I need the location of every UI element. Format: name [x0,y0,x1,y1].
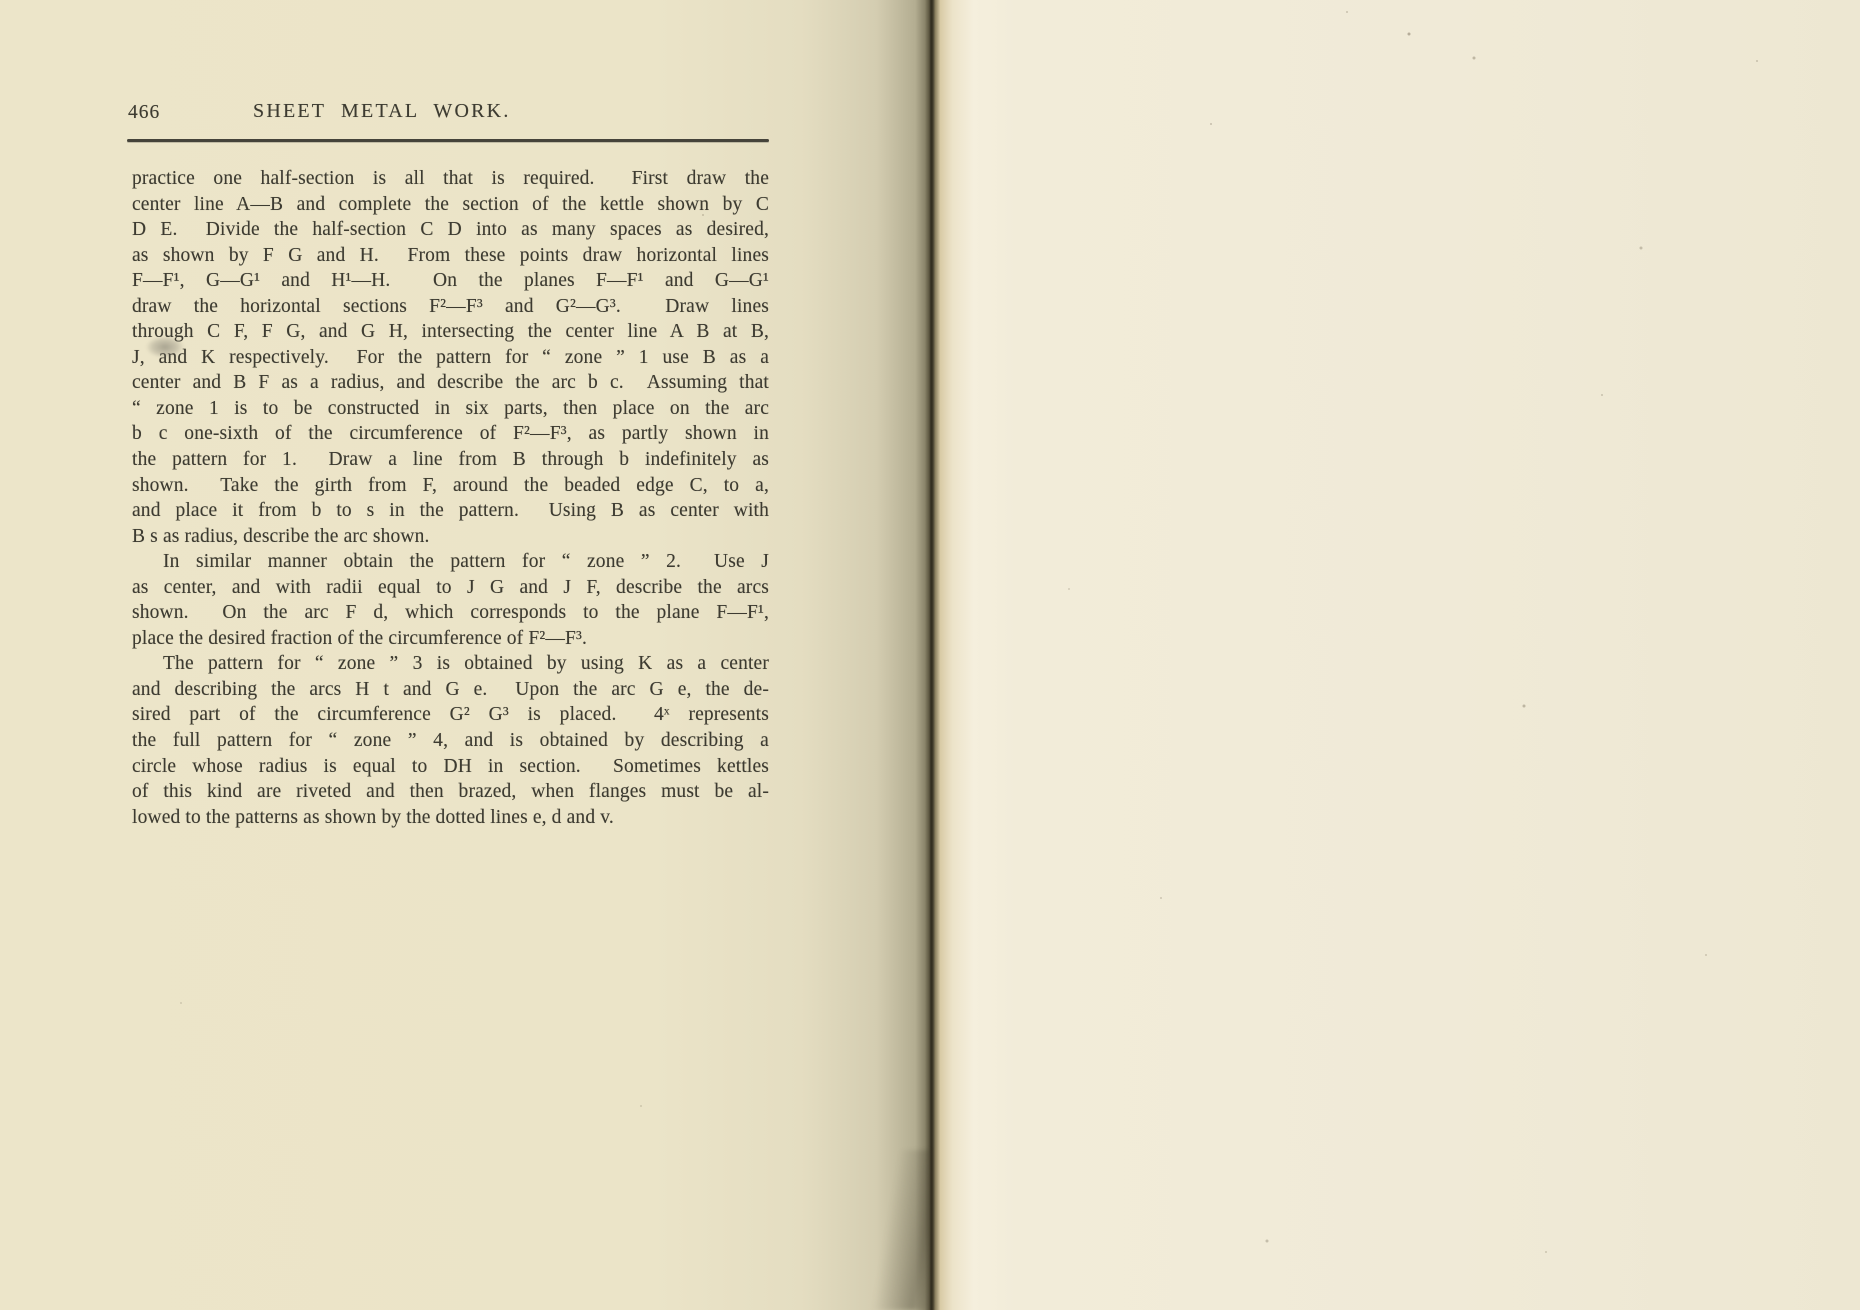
text-line: shown. Take the girth from F, around the… [132,473,769,499]
body-text: practice one half-section is all that is… [132,166,769,830]
text-line: shown. On the arc F d, which corresponds… [132,600,769,626]
text-line: through C F, F G, and G H, intersecting … [132,319,769,345]
running-title: SHEET METAL WORK. [253,100,511,123]
text-line: draw the horizontal sections F²—F³ and G… [132,294,769,320]
gutter-curl-shadow [868,1150,930,1310]
right-page-blank [932,0,1860,1310]
text-line: as shown by F G and H. From these points… [132,243,769,269]
text-line: as center, and with radii equal to J G a… [132,575,769,601]
text-line: b c one-sixth of the circumference of F²… [132,421,769,447]
ink-smudge [146,336,184,358]
left-page: 466 SHEET METAL WORK. practice one half-… [0,0,932,1310]
text-line: center and B F as a radius, and describe… [132,370,769,396]
text-line: place the desired fraction of the circum… [132,626,769,652]
book-scan-spread: 466 SHEET METAL WORK. practice one half-… [0,0,1860,1310]
text-line: The pattern for “ zone ” 3 is obtained b… [132,651,769,677]
text-line: circle whose radius is equal to DH in se… [132,754,769,780]
text-line: center line A—B and complete the section… [132,192,769,218]
header-rule [127,139,769,142]
text-line: the full pattern for “ zone ” 4, and is … [132,728,769,754]
text-line: F—F¹, G—G¹ and H¹—H. On the planes F—F¹ … [132,268,769,294]
gutter-shadow [925,0,935,1310]
text-line: and describing the arcs H t and G e. Upo… [132,677,769,703]
text-line: lowed to the patterns as shown by the do… [132,805,769,831]
text-line: In similar manner obtain the pattern for… [132,549,769,575]
text-line: J, and K respectively. For the pattern f… [132,345,769,371]
text-line: and place it from b to s in the pattern.… [132,498,769,524]
page-number: 466 [128,102,160,124]
text-line: the pattern for 1. Draw a line from B th… [132,447,769,473]
text-line: D E. Divide the half-section C D into as… [132,217,769,243]
text-line: of this kind are riveted and then brazed… [132,779,769,805]
text-line: B s as radius, describe the arc shown. [132,524,769,550]
text-line: “ zone 1 is to be constructed in six par… [132,396,769,422]
text-line: sired part of the circumference G² G³ is… [132,702,769,728]
text-line: practice one half-section is all that is… [132,166,769,192]
